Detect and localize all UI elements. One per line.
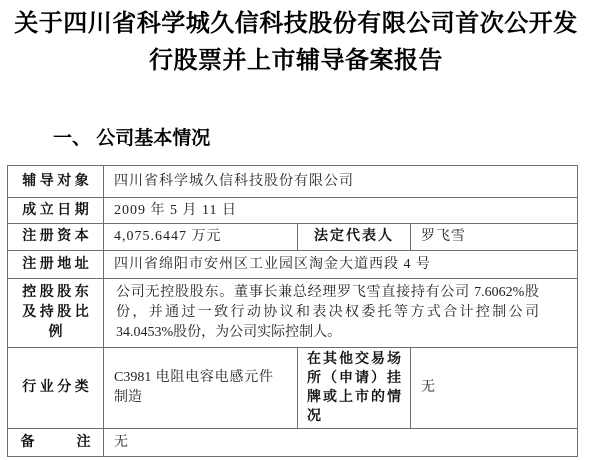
section-heading-company-basic-info: 一、 公司基本情况 (53, 127, 592, 151)
table-row-guidance-target: 辅 导 对 象 四川省科学城久信科技股份有限公司 (8, 166, 578, 198)
row-label-controlling-shareholder: 控 股 股 东 及 持 股 比 例 (8, 279, 104, 348)
row-value-registered-capital: 4,075.6447 万元 (104, 224, 298, 251)
table-row-industry-classification: 行 业 分 类 C3981 电阻电容电感元件制造 在其他交易场所（申请）挂牌或上… (8, 348, 578, 429)
row-value-controlling-shareholder: 公司无控股股东。董事长兼总经理罗飞雪直接持有公司 7.6062%股份，并通过一致… (104, 279, 578, 348)
row-value-legal-representative: 罗飞雪 (411, 224, 578, 251)
document-page: 关于四川省科学城久信科技股份有限公司首次公开发 行股票并上市辅导备案报告 一、 … (0, 5, 592, 460)
table-row-controlling-shareholder: 控 股 股 东 及 持 股 比 例 公司无控股股东。董事长兼总经理罗飞雪直接持有… (8, 279, 578, 348)
table-row-registered-address: 注 册 地 址 四川省绵阳市安州区工业园区淘金大道西段 4 号 (8, 251, 578, 279)
row-label-guidance-target: 辅 导 对 象 (8, 166, 104, 198)
row-label-remarks: 备 注 (8, 429, 104, 457)
table-row-registered-capital: 注 册 资 本 4,075.6447 万元 法定代表人 罗飞雪 (8, 224, 578, 251)
row-label-establishment-date: 成 立 日 期 (8, 198, 104, 224)
document-title: 关于四川省科学城久信科技股份有限公司首次公开发 行股票并上市辅导备案报告 (8, 5, 584, 79)
row-label-industry-classification: 行 业 分 类 (8, 348, 104, 429)
table-row-remarks: 备 注 无 (8, 429, 578, 457)
row-value-establishment-date: 2009 年 5 月 11 日 (104, 198, 578, 224)
row-value-registered-address: 四川省绵阳市安州区工业园区淘金大道西段 4 号 (104, 251, 578, 279)
row-label-legal-representative: 法定代表人 (298, 224, 411, 251)
row-value-remarks: 无 (104, 429, 578, 457)
row-value-industry-classification: C3981 电阻电容电感元件制造 (104, 348, 298, 429)
company-info-table: 辅 导 对 象 四川省科学城久信科技股份有限公司 成 立 日 期 2009 年 … (7, 165, 578, 457)
row-label-registered-address: 注 册 地 址 (8, 251, 104, 279)
row-value-guidance-target: 四川省科学城久信科技股份有限公司 (104, 166, 578, 198)
row-value-other-exchange-listing: 无 (411, 348, 578, 429)
row-label-registered-capital: 注 册 资 本 (8, 224, 104, 251)
table-row-establishment-date: 成 立 日 期 2009 年 5 月 11 日 (8, 198, 578, 224)
row-label-other-exchange-listing: 在其他交易场所（申请）挂牌或上市的情况 (298, 348, 411, 429)
